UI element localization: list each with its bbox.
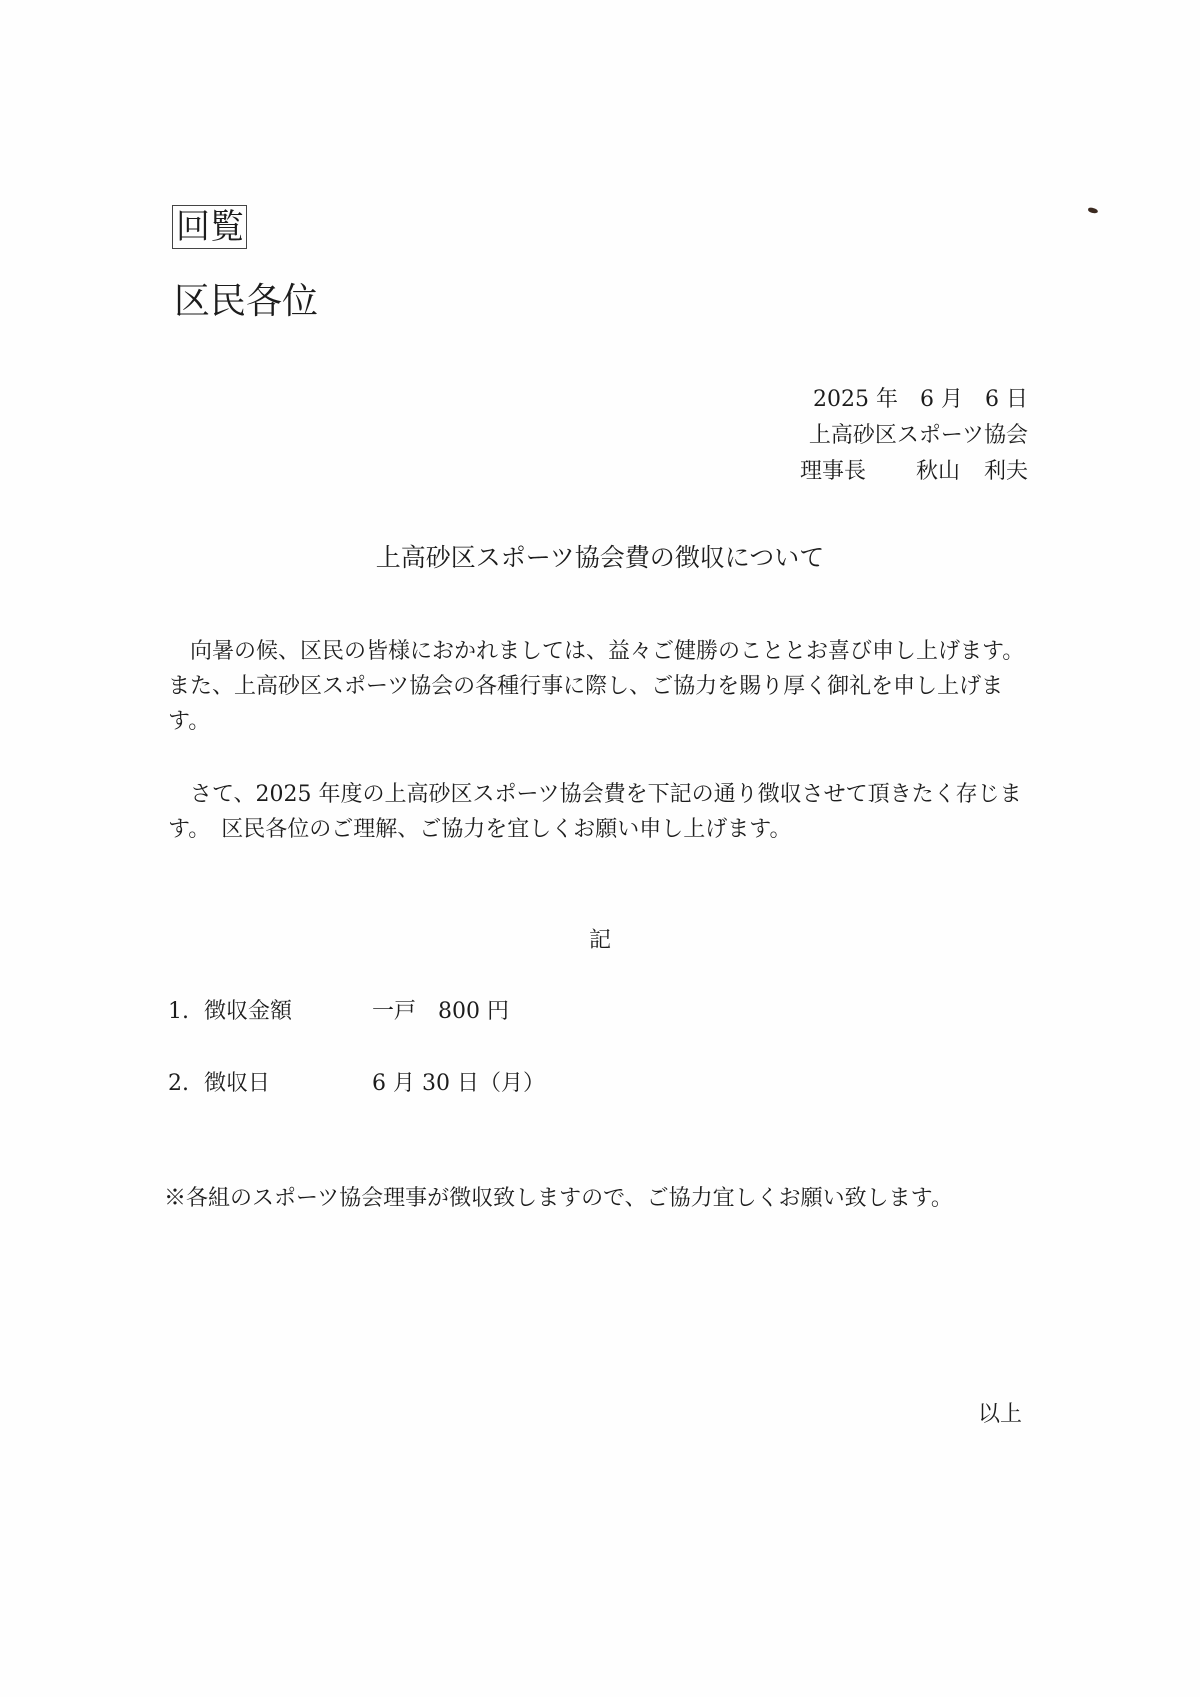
- document-title: 上高砂区スポーツ協会費の徴収について: [0, 540, 1200, 576]
- closing-mark: 以上: [978, 1398, 1022, 1432]
- addressee: 区民各位: [174, 278, 318, 326]
- list-item-amount: 1.徴収金額一戸 800 円: [168, 995, 509, 1029]
- scan-speck: [1088, 207, 1099, 214]
- sender-role: 理事長: [800, 459, 866, 484]
- item-label: 徴収金額: [204, 995, 372, 1029]
- item-label: 徴収日: [204, 1067, 372, 1101]
- item-number: 1.: [168, 995, 204, 1029]
- request-paragraph: さて、2025 年度の上高砂区スポーツ協会費を下記の通り徴収させて頂きたく存じま…: [168, 777, 1028, 847]
- sender-organization: 上高砂区スポーツ協会: [809, 418, 1028, 454]
- item-number: 2.: [168, 1067, 204, 1101]
- issue-date: 2025 年 6 月 6 日: [813, 382, 1028, 418]
- item-value: 一戸 800 円: [372, 999, 509, 1024]
- note: ※各組のスポーツ協会理事が徴収致しますので、ご協力宜しくお願い致します。: [164, 1182, 953, 1216]
- sender-surname: 秋山: [916, 459, 960, 484]
- circulation-stamp: 回覧: [172, 205, 247, 249]
- list-item-date: 2.徴収日6 月 30 日（月）: [168, 1067, 545, 1101]
- sender-given-name: 利夫: [984, 459, 1028, 484]
- greeting-paragraph: 向暑の候、区民の皆様におかれましては、益々ご健勝のこととお喜び申し上げます。 ま…: [168, 634, 1028, 739]
- ki-heading: 記: [0, 924, 1200, 958]
- item-value: 6 月 30 日（月）: [372, 1071, 545, 1096]
- sender-signature: 理事長秋山利夫: [800, 454, 1028, 490]
